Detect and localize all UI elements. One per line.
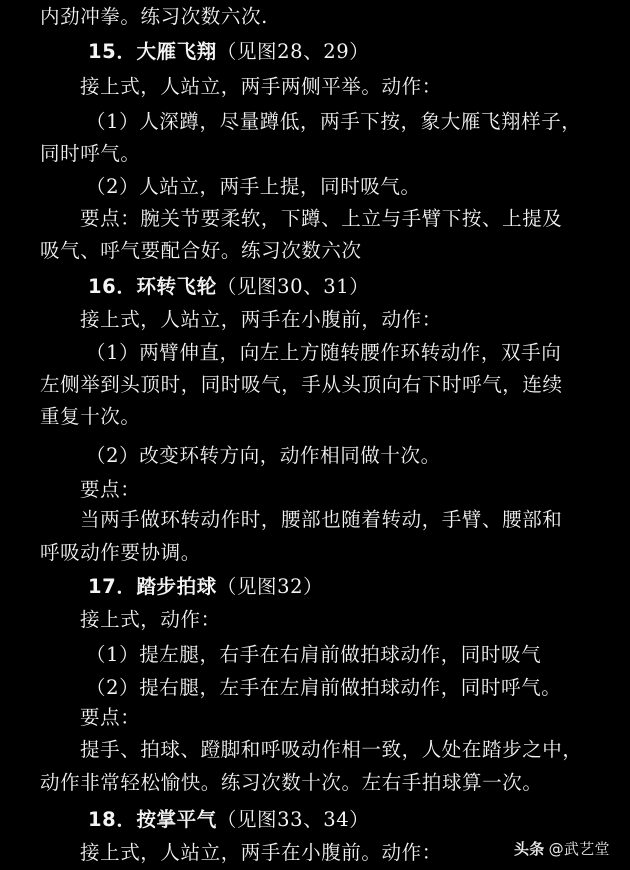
step-2: （2）改变环转方向，动作相同做十次。	[86, 444, 441, 468]
watermark-brand: 头条	[514, 840, 545, 858]
text-line: 提手、拍球、蹬脚和呼吸动作相一致，人处在踏步之中，	[80, 738, 583, 762]
watermark-handle: @武艺堂	[549, 840, 610, 858]
figure-reference: （见图33、34）	[217, 808, 370, 831]
text-line: 内劲冲拳。练习次数六次.	[40, 5, 268, 29]
key-points-label: 要点：	[80, 478, 140, 502]
figure-reference: （见图32）	[217, 575, 323, 598]
figure-reference: （见图30、31）	[217, 275, 370, 298]
step-1: （1）两臂伸直，向左上方随转腰作环转动作，双手向	[86, 341, 561, 365]
watermark: 头条@武艺堂	[514, 840, 610, 858]
text-line: 重复十次。	[40, 405, 141, 429]
section-title: 踏步拍球	[136, 575, 216, 598]
section-heading-16: 16．环转飞轮（见图30、31）	[88, 275, 369, 299]
step-1: （1）提左腿，右手在右肩前做拍球动作，同时吸气	[86, 643, 541, 667]
text-line: 呼吸动作要协调。	[40, 541, 201, 565]
section-number: 18．	[88, 808, 136, 831]
section-number: 15．	[88, 40, 136, 63]
text-line: 接上式，动作：	[80, 608, 221, 632]
section-title: 按掌平气	[136, 808, 216, 831]
text-line: 同时呼气。	[40, 142, 141, 166]
section-number: 17．	[88, 575, 136, 598]
key-points-label: 要点：	[80, 706, 140, 730]
text-line: 接上式，人站立，两手两侧平举。动作：	[80, 75, 442, 99]
text-line: 接上式，人站立，两手在小腹前。动作：	[80, 841, 442, 865]
text-line: 吸气、呼气要配合好。练习次数六次	[40, 239, 362, 263]
section-heading-15: 15．大雁飞翔（见图28、29）	[88, 40, 369, 64]
text-line: 接上式，人站立，两手在小腹前，动作：	[80, 308, 442, 332]
document-page: 内劲冲拳。练习次数六次. 15．大雁飞翔（见图28、29） 接上式，人站立，两手…	[0, 0, 630, 870]
step-2: （2）人站立，两手上提，同时吸气。	[86, 175, 421, 199]
section-heading-18: 18．按掌平气（见图33、34）	[88, 808, 369, 832]
text-line: 动作非常轻松愉快。练习次数十次。左右手拍球算一次。	[40, 771, 543, 795]
text-line: 左侧举到头顶时，同时吸气，手从头顶向右下时呼气，连续	[40, 373, 563, 397]
text-line: 当两手做环转动作时，腰部也随着转动，手臂、腰部和	[80, 508, 562, 532]
section-title: 环转飞轮	[136, 275, 216, 298]
figure-reference: （见图28、29）	[217, 40, 370, 63]
key-points: 要点：腕关节要柔软，下蹲、上立与手臂下按、上提及	[80, 207, 562, 231]
step-2: （2）提右腿，左手在左肩前做拍球动作，同时呼气。	[86, 676, 561, 700]
step-1: （1）人深蹲，尽量蹲低，两手下按，象大雁飞翔样子，	[86, 110, 581, 134]
section-heading-17: 17．踏步拍球（见图32）	[88, 575, 323, 599]
section-number: 16．	[88, 275, 136, 298]
section-title: 大雁飞翔	[136, 40, 216, 63]
